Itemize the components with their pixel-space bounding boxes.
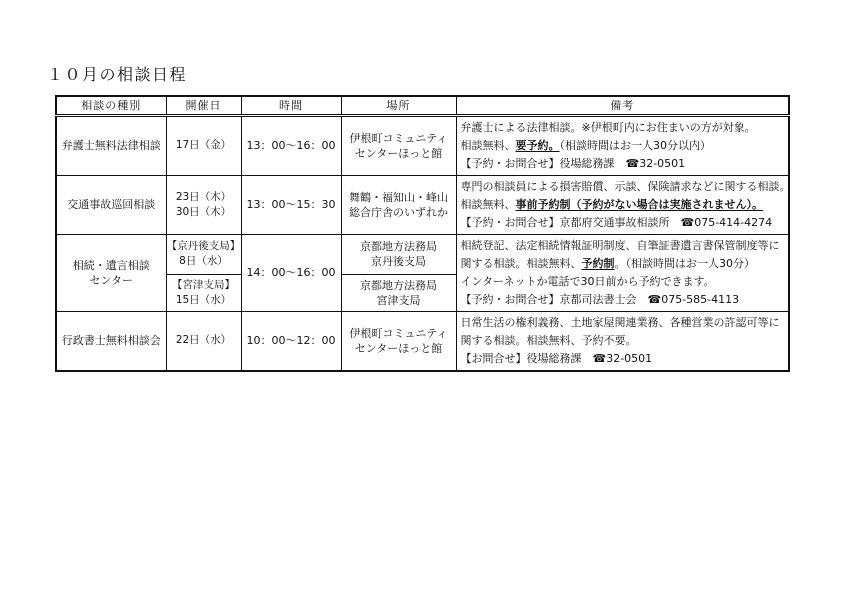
place-line: センターほっと館 (355, 342, 443, 355)
date-line: 【京丹後支局】 (167, 240, 241, 252)
remark-line: 相談無料、事前予約制（予約がない場合は実施されません）。 (461, 196, 787, 214)
remark-text: 相続登記、法定相続情報証明制度、自筆証書遺言書保管制度等に (461, 239, 780, 252)
date-line: 15日（水） (176, 294, 231, 306)
remark-line: 相談無料、要予約。（相談時間はお一人30分以内） (461, 137, 787, 155)
cell-type: 交通事故巡回相談 (56, 175, 166, 234)
place-line: 舞鶴・福知山・峰山 (349, 191, 448, 204)
cell-date: 22日（水） (166, 311, 241, 371)
date-line: 22日（水） (176, 334, 231, 346)
place-line: 京丹後支局 (371, 255, 426, 268)
cell-time: 13：00～16：00 (241, 115, 341, 175)
cell-date: 23日（木） 30日（木） (166, 175, 241, 234)
cell-remarks: 弁護士による法律相談。※伊根町内にお住まいの方が対象。 相談無料、要予約。（相談… (456, 115, 789, 175)
cell-type: 相続・遺言相談 センター (56, 234, 166, 311)
row-lawyer-consultation: 弁護士無料法律相談 17日（金） 13：00～16：00 伊根町コミュニティ セ… (56, 115, 789, 175)
place-line: 宮津支局 (377, 294, 421, 307)
remark-line: 関する相談。相談無料、予約不要。 (461, 332, 787, 350)
row-inheritance-consultation-kyotango: 相続・遺言相談 センター 【京丹後支局】 8日（水） 14：00～16：00 京… (56, 234, 789, 274)
header-cell-place: 場所 (341, 96, 456, 115)
remark-line: 日常生活の権利義務、土地家屋関連業務、各種営業の許認可等に (461, 314, 787, 332)
place-line: センターほっと館 (355, 147, 443, 160)
cell-place: 伊根町コミュニティ センターほっと館 (341, 311, 456, 371)
cell-type: 行政書士無料相談会 (56, 311, 166, 371)
header-cell-type: 相談の種別 (56, 96, 166, 115)
remark-line: 相続登記、法定相続情報証明制度、自筆証書遺言書保管制度等に (461, 237, 787, 255)
row-traffic-accident-consultation: 交通事故巡回相談 23日（木） 30日（木） 13：00～15：30 舞鶴・福知… (56, 175, 789, 234)
remark-contact: 【予約・お問合せ】京都司法書士会 ☎075-585-4113 (461, 293, 740, 306)
date-line: 30日（木） (176, 206, 231, 218)
date-line: 17日（金） (176, 139, 231, 151)
cell-time: 13：00～15：30 (241, 175, 341, 234)
remark-text: 関する相談。相談無料、 (461, 257, 582, 270)
remark-line: 関する相談。相談無料、予約制。（相談時間はお一人30分） (461, 255, 787, 273)
remark-line: 【予約・お問合せ】京都司法書士会 ☎075-585-4113 (461, 291, 787, 309)
date-line: 【宮津支局】 (172, 279, 235, 291)
type-line: 相続・遺言相談 (73, 259, 150, 272)
cell-remarks: 日常生活の権利義務、土地家屋関連業務、各種営業の許認可等に 関する相談。相談無料… (456, 311, 789, 371)
cell-place: 京都地方法務局 京丹後支局 (341, 234, 456, 274)
place-line: 京都地方法務局 (360, 240, 437, 253)
cell-date: 【宮津支局】 15日（水） (166, 274, 241, 311)
remark-line: 【予約・お問合せ】役場総務課 ☎32-0501 (461, 155, 787, 173)
page-title: １０月の相談日程 (47, 62, 187, 85)
type-line: センター (89, 274, 133, 287)
remark-emphasis: 事前予約制（予約がない場合は実施されません）。 (516, 198, 764, 211)
date-line: 8日（水） (179, 255, 228, 267)
date-line: 23日（木） (176, 191, 231, 203)
consultation-schedule-table: 相談の種別 開催日 時間 場所 備考 弁護士無料法律相談 17日（金） 13：0… (55, 95, 790, 372)
remark-text: インターネットか電話で30日前から予約できます。 (461, 275, 715, 288)
remark-text: 。（相談時間はお一人30分） (615, 257, 756, 270)
remark-line: 【お問合せ】役場総務課 ☎32-0501 (461, 350, 787, 368)
cell-time: 14：00～16：00 (241, 234, 341, 311)
row-gyoseishoshi-consultation: 行政書士無料相談会 22日（水） 10：00～12：00 伊根町コミュニティ セ… (56, 311, 789, 371)
place-line: 京都地方法務局 (360, 279, 437, 292)
remark-text: 弁護士による法律相談。※伊根町内にお住まいの方が対象。 (461, 121, 756, 134)
header-cell-remarks: 備考 (456, 96, 789, 115)
place-line: 伊根町コミュニティ (350, 132, 448, 145)
cell-place: 伊根町コミュニティ センターほっと館 (341, 115, 456, 175)
remark-contact: 【予約・お問合せ】役場総務課 ☎32-0501 (461, 157, 686, 170)
cell-place: 舞鶴・福知山・峰山 総合庁舎のいずれか (341, 175, 456, 234)
remark-text: 相談無料、 (461, 198, 516, 211)
cell-date: 【京丹後支局】 8日（水） (166, 234, 241, 274)
place-line: 総合庁舎のいずれか (349, 206, 448, 219)
cell-time: 10：00～12：00 (241, 311, 341, 371)
place-line: 伊根町コミュニティ (350, 327, 448, 340)
remark-contact: 【予約・お問合せ】京都府交通事故相談所 ☎075-414-4274 (461, 216, 773, 229)
cell-date: 17日（金） (166, 115, 241, 175)
remark-text: 関する相談。相談無料、予約不要。 (461, 334, 637, 347)
cell-remarks: 専門の相談員による損害賠償、示談、保険請求などに関する相談。 相談無料、事前予約… (456, 175, 789, 234)
header-row: 相談の種別 開催日 時間 場所 備考 (56, 96, 789, 115)
remark-line: 【予約・お問合せ】京都府交通事故相談所 ☎075-414-4274 (461, 214, 787, 232)
remark-text: 日常生活の権利義務、土地家屋関連業務、各種営業の許認可等に (461, 316, 780, 329)
cell-remarks: 相続登記、法定相続情報証明制度、自筆証書遺言書保管制度等に 関する相談。相談無料… (456, 234, 789, 311)
remark-emphasis: 予約制 (582, 257, 615, 270)
remark-line: インターネットか電話で30日前から予約できます。 (461, 273, 787, 291)
header-cell-date: 開催日 (166, 96, 241, 115)
remark-text: 専門の相談員による損害賠償、示談、保険請求などに関する相談。 (461, 180, 790, 193)
remark-line: 専門の相談員による損害賠償、示談、保険請求などに関する相談。 (461, 178, 787, 196)
remark-contact: 【お問合せ】役場総務課 ☎32-0501 (461, 352, 653, 365)
remark-line: 弁護士による法律相談。※伊根町内にお住まいの方が対象。 (461, 119, 787, 137)
document-page: １０月の相談日程 相談の種別 開催日 時間 場所 備考 弁護士無料法律相談 17 (0, 0, 842, 596)
remark-text: （相談時間はお一人30分以内） (560, 139, 712, 152)
remark-emphasis: 要予約。 (516, 139, 560, 152)
header-cell-time: 時間 (241, 96, 341, 115)
remark-text: 相談無料、 (461, 139, 516, 152)
cell-place: 京都地方法務局 宮津支局 (341, 274, 456, 311)
cell-type: 弁護士無料法律相談 (56, 115, 166, 175)
